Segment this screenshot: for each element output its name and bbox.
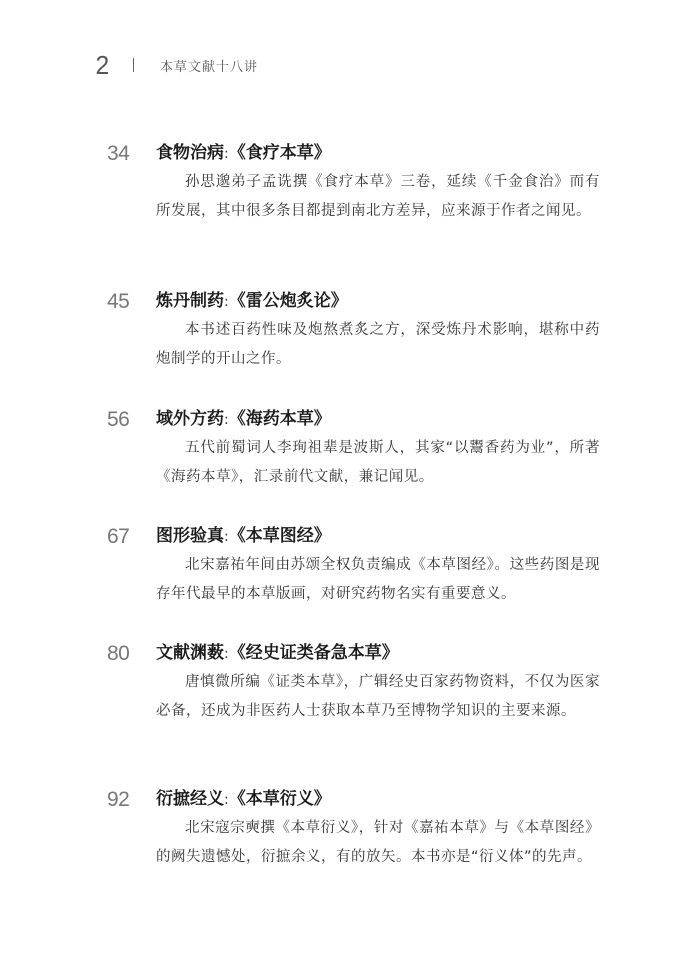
entry-topic: 文献渊薮	[156, 643, 224, 663]
entry-description: 唐慎微所编《证类本草》，广辑经史百家药物资料，不仅为医家必备，还成为非医药人士获…	[156, 668, 600, 725]
toc-entry: 56 域外方药:《海药本草》 五代前蜀词人李珣祖辈是波斯人，其家“以鬻香药为业”…	[107, 406, 607, 523]
entry-description: 北宋嘉祐年间由苏颂全权负责编成《本草图经》。这些药图是现存年代最早的本草版画，对…	[156, 551, 600, 608]
toc-entry: 80 文献渊薮:《经史证类备急本草》 唐慎微所编《证类本草》，广辑经史百家药物资…	[107, 640, 607, 786]
table-of-contents: 34 食物治病:《食疗本草》 孙思邈弟子孟诜撰《食疗本草》三卷，延续《千金食治》…	[107, 140, 607, 886]
entry-work: 《本草图经》	[229, 526, 331, 546]
entry-page-number: 80	[107, 642, 129, 666]
entry-work: 《海药本草》	[229, 409, 331, 429]
toc-entry: 92 衍摭经义:《本草衍义》 北宋寇宗奭撰《本草衍义》，针对《嘉祐本草》与《本草…	[107, 786, 607, 886]
entry-topic: 域外方药	[156, 409, 224, 429]
entry-topic: 衍摭经义	[156, 789, 224, 809]
toc-entry: 34 食物治病:《食疗本草》 孙思邈弟子孟诜撰《食疗本草》三卷，延续《千金食治》…	[107, 140, 607, 288]
entry-title: 域外方药:《海药本草》	[156, 406, 607, 432]
entry-page-number: 56	[107, 408, 129, 432]
page-number: 2	[96, 50, 115, 81]
entry-work: 《食疗本草》	[229, 143, 331, 163]
entry-page-number: 67	[107, 525, 129, 549]
entry-page-number: 34	[107, 142, 129, 166]
entry-description: 本书述百药性味及炮熬煮炙之方，深受炼丹术影响，堪称中药炮制学的开山之作。	[156, 316, 600, 373]
entry-title: 衍摭经义:《本草衍义》	[156, 786, 607, 812]
entry-topic: 炼丹制药	[156, 291, 224, 311]
entry-work: 《经史证类备急本草》	[229, 643, 399, 663]
entry-description: 北宋寇宗奭撰《本草衍义》，针对《嘉祐本草》与《本草图经》的阙失遗憾处，衍摭余义，…	[156, 814, 600, 871]
book-title: 本草文献十八讲	[160, 56, 258, 75]
toc-entry: 67 图形验真:《本草图经》 北宋嘉祐年间由苏颂全权负责编成《本草图经》。这些药…	[107, 523, 607, 640]
entry-topic: 图形验真	[156, 526, 224, 546]
entry-title: 文献渊薮:《经史证类备急本草》	[156, 640, 607, 666]
entry-work: 《本草衍义》	[229, 789, 331, 809]
running-header: 2 本草文献十八讲	[95, 50, 258, 80]
entry-page-number: 45	[107, 290, 129, 314]
header-divider	[133, 58, 134, 72]
entry-topic: 食物治病	[156, 143, 224, 163]
entry-description: 孙思邈弟子孟诜撰《食疗本草》三卷，延续《千金食治》而有所发展，其中很多条目都提到…	[156, 168, 600, 225]
entry-title: 图形验真:《本草图经》	[156, 523, 607, 549]
toc-entry: 45 炼丹制药:《雷公炮炙论》 本书述百药性味及炮熬煮炙之方，深受炼丹术影响，堪…	[107, 288, 607, 406]
entry-title: 炼丹制药:《雷公炮炙论》	[156, 288, 607, 314]
entry-title: 食物治病:《食疗本草》	[156, 140, 607, 166]
entry-description: 五代前蜀词人李珣祖辈是波斯人，其家“以鬻香药为业”，所著《海药本草》，汇录前代文…	[156, 434, 600, 491]
entry-page-number: 92	[107, 788, 129, 812]
entry-work: 《雷公炮炙论》	[229, 291, 348, 311]
